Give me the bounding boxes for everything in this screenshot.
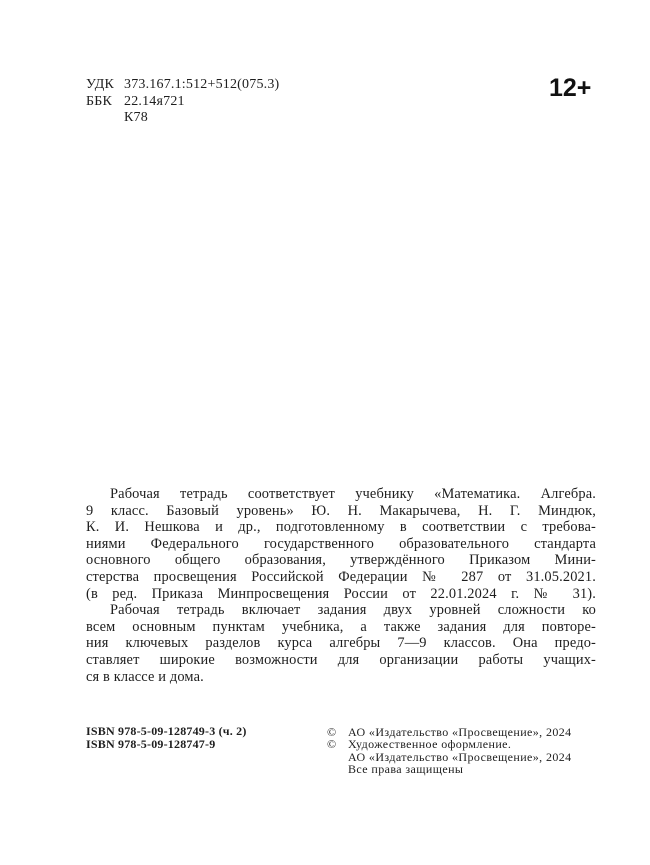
isbn-block: ISBN 978-5-09-128749-3 (ч. 2) ISBN 978-5… [86, 725, 247, 750]
bbk-row: ББК 22.14я721 [86, 94, 279, 111]
copyright-icon: © [327, 738, 348, 750]
annotation-line: Рабочая тетрадь соответствует учебнику «… [86, 486, 596, 503]
copyright-line: Все права защищены [327, 763, 572, 775]
author-mark: К78 [124, 110, 148, 127]
annotation-line: ниями Федерального государственного обра… [86, 536, 596, 553]
isbn-line: ISBN 978-5-09-128749-3 (ч. 2) [86, 725, 247, 738]
annotation: Рабочая тетрадь соответствует учебнику «… [86, 486, 596, 685]
copyright-line: © Художественное оформление. [327, 738, 572, 750]
udk-row: УДК 373.167.1:512+512(075.3) [86, 77, 279, 94]
annotation-line: всем основным пунктам учебника, а также … [86, 619, 596, 636]
copyright-block: © АО «Издательство «Просвещение», 2024 ©… [327, 726, 572, 776]
annotation-line: ся в классе и дома. [86, 669, 596, 686]
annotation-line: основного общего образования, утверждённ… [86, 552, 596, 569]
annotation-line: Рабочая тетрадь включает задания двух ур… [86, 602, 596, 619]
udk-label: УДК [86, 77, 124, 94]
isbn-line: ISBN 978-5-09-128747-9 [86, 738, 247, 751]
annotation-line: ставляет широкие возможности для организ… [86, 652, 596, 669]
annotation-line: стерства просвещения Российской Федераци… [86, 569, 596, 586]
bbk-label: ББК [86, 94, 124, 111]
author-mark-row: К78 [86, 110, 279, 127]
annotation-line: 9 класс. Базовый уровень» Ю. Н. Макарыче… [86, 503, 596, 520]
age-rating: 12+ [549, 74, 591, 102]
udk-value: 373.167.1:512+512(075.3) [124, 77, 279, 94]
annotation-line: ния ключевых разделов курса алгебры 7—9 … [86, 635, 596, 652]
bbk-value: 22.14я721 [124, 94, 185, 111]
annotation-line: (в ред. Приказа Минпросвещения России от… [86, 586, 596, 603]
classification-block: УДК 373.167.1:512+512(075.3) ББК 22.14я7… [86, 77, 279, 127]
annotation-line: К. И. Нешкова и др., подготовленному в с… [86, 519, 596, 536]
